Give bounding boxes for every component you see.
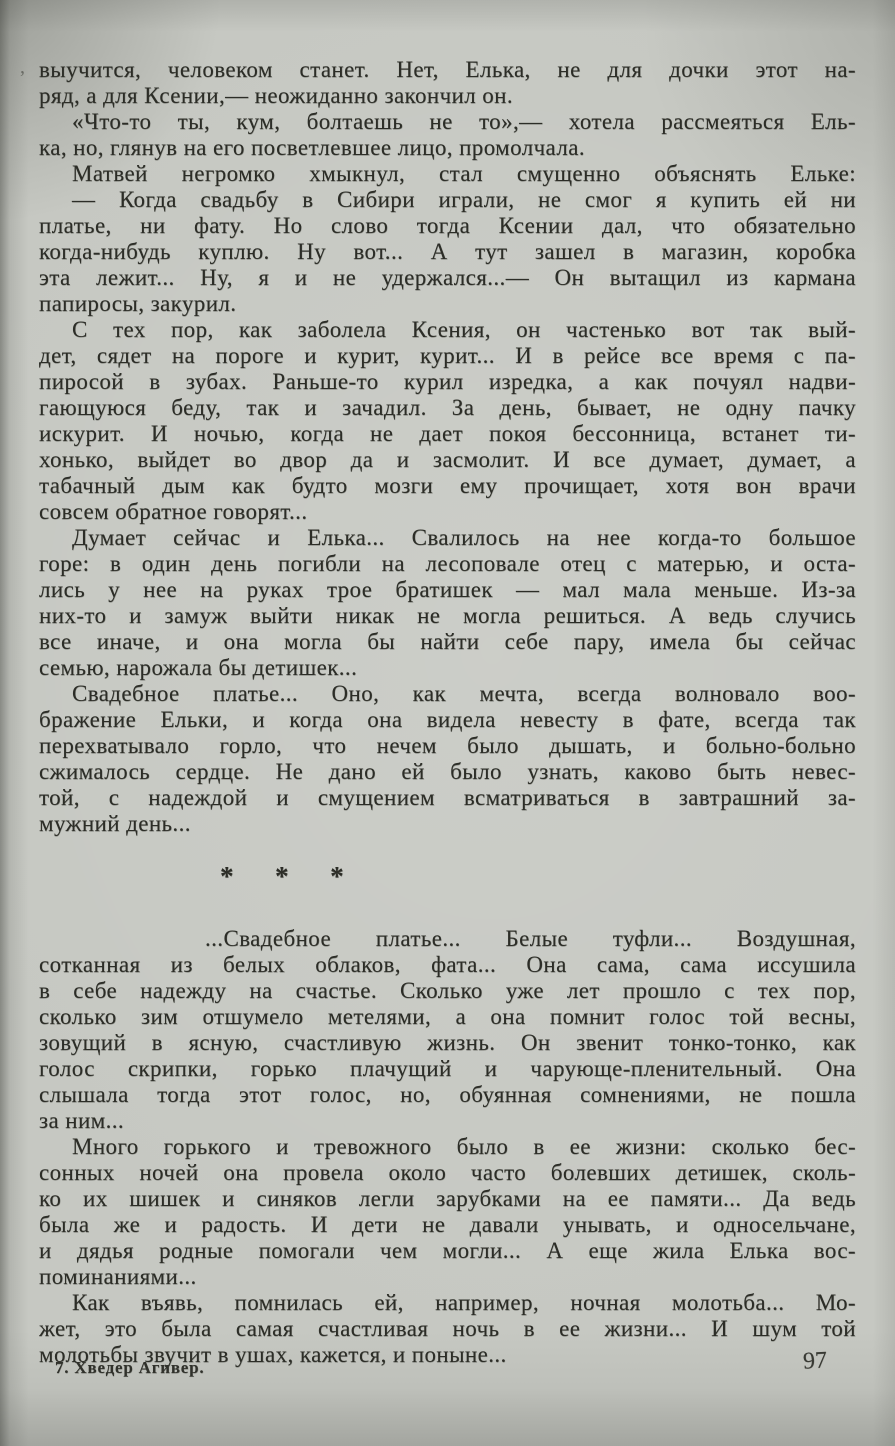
text-line: — Когда свадьбу в Сибири играли, не смог… [39,187,856,213]
text-line: жет, это была самая счастливая ночь в ее… [39,1316,856,1342]
paragraph: С тех пор, как заболела Ксения, он часте… [39,317,856,525]
text-line: эта лежит... Ну, я и не удержался...— Он… [39,265,856,291]
scan-speck: , [20,56,25,79]
text-line: табачный дым как будто мозги ему прочища… [39,473,856,499]
text-line: сонных ночей она провела около часто бол… [39,1160,856,1186]
text-line: них-то и замуж выйти никак не могла реши… [39,603,856,629]
text-line: была же и радость. И дети не давали уныв… [39,1212,856,1238]
text-line: сотканная из белых облаков, фата... Она … [39,952,856,978]
text-line: перехватывало горло, что нечем было дыша… [39,733,856,759]
text-line: папиросы, закурил. [39,291,856,317]
text-line: «Что-то ты, кум, болтаешь не то»,— хотел… [39,109,856,135]
paragraph: — Когда свадьбу в Сибири играли, не смог… [39,187,856,317]
text-line: семью, нарожала бы детишек... [39,655,856,681]
text-line: зовущий в ясную, счастливую жизнь. Он зв… [39,1030,856,1056]
paragraph: Много горького и тревожного было в ее жи… [39,1134,856,1290]
text-line: совсем обратное говорят... [39,499,856,525]
text-line: голос скрипки, горько плачущий и чарующе… [39,1056,856,1082]
text-line: сколько зим отшумело метелями, а она пом… [39,1004,856,1030]
text-line: Как въявь, помнилась ей, например, ночна… [39,1290,856,1316]
paragraph: Свадебное платье... Оно, как мечта, всег… [39,681,856,837]
text-line: когда-нибудь куплю. Ну вот... А тут заше… [39,239,856,265]
text-line: горе: в один день погибли на лесоповале … [39,551,856,577]
paragraph: Как въявь, помнилась ей, например, ночна… [39,1290,856,1368]
text-line: Свадебное платье... Оно, как мечта, всег… [39,681,856,707]
text-line: Матвей негромко хмыкнул, стал смущенно о… [39,161,856,187]
text-line: искурит. И ночью, когда не дает покоя бе… [39,421,856,447]
paragraph: Думает сейчас и Елька... Свалилось на не… [39,525,856,681]
section-separator: * * * [39,861,856,891]
text-line: пиросой в зубах. Раньше-то курил изредка… [39,369,856,395]
book-page: , выучится, человеком станет. Нет, Елька… [0,0,895,1446]
text-block: выучится, человеком станет. Нет, Елька, … [39,57,856,1368]
text-line: сжималось сердце. Не дано ей было узнать… [39,759,856,785]
text-line: хонько, выйдет во двор да и засмолит. И … [39,447,856,473]
text-line: той, с надеждой и смущением всматриватьс… [39,785,856,811]
paragraph: выучится, человеком станет. Нет, Елька, … [39,57,856,109]
printers-mark: 7. Хведер Агивер. [55,1358,204,1378]
text-line: мужний день... [39,811,856,837]
text-line: гающуюся беду, так и зачадил. За день, б… [39,395,856,421]
paragraph: ...Свадебное платье... Белые туфли... Во… [39,926,856,1134]
text-line: ...Свадебное платье... Белые туфли... Во… [39,926,856,952]
text-line: ка, но, глянув на его посветлевшее лицо,… [39,135,856,161]
text-line: С тех пор, как заболела Ксения, он часте… [39,317,856,343]
text-line: ко их шишек и синяков легли зарубками на… [39,1186,856,1212]
text-line: в себе надежду на счастье. Сколько уже л… [39,978,856,1004]
text-line: Много горького и тревожного было в ее жи… [39,1134,856,1160]
text-line: поминаниями... [39,1264,856,1290]
text-line: дет, сядет на пороге и курит, курит... И… [39,343,856,369]
paragraph: Матвей негромко хмыкнул, стал смущенно о… [39,161,856,187]
text-line: бражение Ельки, и когда она видела невес… [39,707,856,733]
text-line: выучится, человеком станет. Нет, Елька, … [39,57,856,83]
text-line: слышала тогда этот голос, но, обуянная с… [39,1082,856,1108]
paragraph: «Что-то ты, кум, болтаешь не то»,— хотел… [39,109,856,161]
text-line: все иначе, и она могла бы найти себе пар… [39,629,856,655]
text-line: лись у нее на руках трое братишек — мал … [39,577,856,603]
text-line: за ним... [39,1108,856,1134]
section-after-separator: ...Свадебное платье... Белые туфли... Во… [39,926,856,1368]
page-number: 97 [802,1347,827,1375]
text-line: ряд, а для Ксении,— неожиданно закончил … [39,83,856,109]
text-line: и дядья родные помогали чем могли... А е… [39,1238,856,1264]
section-before-separator: выучится, человеком станет. Нет, Елька, … [39,57,856,837]
text-line: Думает сейчас и Елька... Свалилось на не… [39,525,856,551]
text-line: платье, ни фату. Но слово тогда Ксении д… [39,213,856,239]
